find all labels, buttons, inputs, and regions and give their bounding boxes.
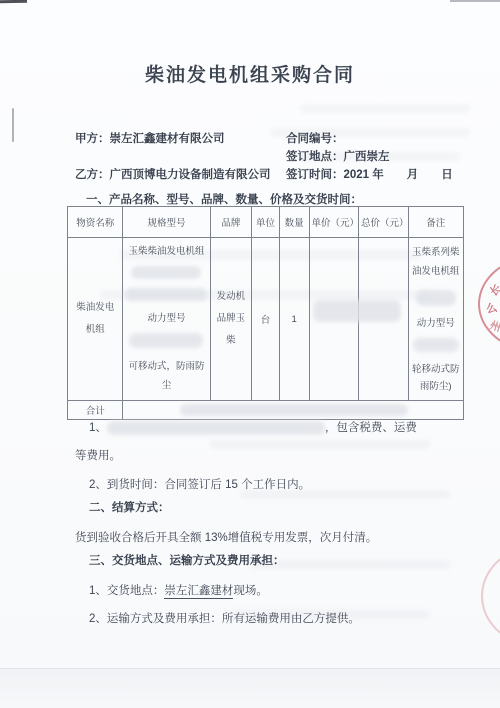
contract-title: 柴油发电机组采购合同 (0, 60, 500, 87)
signing-time-line: 签订时间：2021 年 月 日 (286, 166, 453, 182)
section3-heading: 三、交货地点、运输方式及费用承担： (89, 552, 285, 568)
red-seal-stamp: 长 么 州 (478, 256, 500, 352)
redaction-blur (131, 266, 201, 279)
section1-heading: 一、产品名称、型号、品牌、数量、价格及交货时间： (86, 191, 362, 207)
scan-line-artifact (12, 108, 14, 142)
product-table-container: 物资名称 规格型号 品牌 单位 数量 单价（元） 总价（元） 备注 柴油发电机组… (67, 206, 464, 420)
redaction-blur (125, 288, 207, 301)
table-header-row: 物资名称 规格型号 品牌 单位 数量 单价（元） 总价（元） 备注 (68, 207, 464, 238)
redaction-blur (129, 333, 203, 348)
col-header-brand: 品牌 (210, 207, 252, 238)
col-header-material: 物资名称 (68, 207, 123, 238)
redaction-blur (413, 338, 459, 352)
delivery-place-underlined: 崇左汇鑫建材 (164, 585, 233, 599)
redaction-blur (416, 290, 456, 306)
transport-line: 2、运输方式及费用承担：所有运输费用由乙方提供。 (89, 605, 491, 633)
cell-unit: 台 (252, 238, 280, 401)
delivery-place-line: 1、交货地点：崇左汇鑫建材现场。 (89, 577, 491, 605)
scanned-contract-page: 柴油发电机组采购合同 甲方：崇左汇鑫建材有限公司 乙方：广西顶博电力设备制造有限… (0, 0, 500, 668)
col-header-remark: 备注 (408, 207, 463, 238)
redaction-blur (107, 421, 325, 435)
product-table: 物资名称 规格型号 品牌 单位 数量 单价（元） 总价（元） 备注 柴油发电机组… (67, 206, 464, 420)
signing-place-line: 签订地点：广西崇左 (286, 148, 390, 164)
cell-remark: 玉柴系列柴油发电机组 动力型号 轮移动式防雨防尘) (408, 238, 463, 401)
section2-heading: 二、结算方式： (89, 499, 170, 515)
col-header-unit: 单位 (252, 207, 280, 238)
contract-number-label: 合同编号： (286, 130, 344, 146)
term-paragraph-1: 1、，包含税费、运费 等费用。 (75, 414, 477, 470)
term-paragraph-2: 2、到货时间：合同签订后 15 个工作日内。 (89, 471, 491, 499)
col-header-unit-price: 单价（元） (309, 207, 359, 238)
party-a-line: 甲方：崇左汇鑫建材有限公司 (75, 130, 225, 146)
scan-corner-artifact (0, 0, 27, 3)
cell-material-name: 柴油发电机组 (68, 238, 123, 401)
redaction-blur (313, 300, 401, 322)
cell-quantity: 1 (279, 238, 309, 401)
cell-unit-price (309, 238, 359, 401)
col-header-total-price: 总价（元） (359, 207, 409, 238)
table-body-row: 柴油发电机组 玉柴柴油发电机组 动力型号 可移动式，防雨防尘 发动机品牌玉柴 (68, 238, 464, 401)
scan-background-below-page (0, 668, 500, 708)
col-header-spec: 规格型号 (123, 207, 210, 238)
section2-text: 货到验收合格后开具全额 13%增值税专用发票，次月付清。 (75, 524, 477, 552)
col-header-qty: 数量 (279, 207, 309, 238)
party-b-line: 乙方：广西顶博电力设备制造有限公司 (75, 166, 271, 182)
cell-spec: 玉柴柴油发电机组 动力型号 可移动式，防雨防尘 (123, 238, 210, 401)
scan-corner-artifact (450, 0, 500, 2)
bleed-through-artifact (300, 104, 470, 113)
cell-brand: 发动机品牌玉柴 (210, 238, 252, 401)
